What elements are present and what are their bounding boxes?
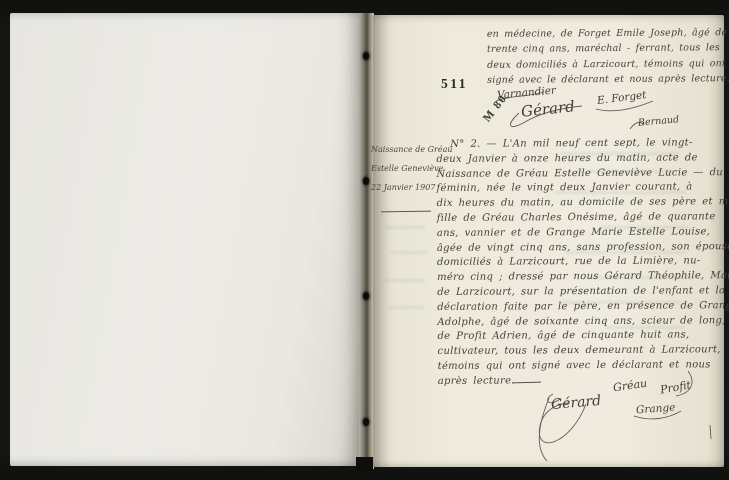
- act-line: N° 2. — L'An mil neuf cent sept, le ving…: [436, 136, 729, 153]
- continuation-line: en médecine, de Forget Emile Joseph, âgé…: [487, 25, 729, 42]
- act-line: déclaration faite par le père, en présen…: [437, 299, 729, 316]
- binding-hole: [363, 418, 369, 426]
- binding-hole: [363, 292, 369, 300]
- binding-hole: [363, 177, 369, 185]
- binding-hole: [363, 52, 369, 60]
- continuation-line: trente cinq ans, maréchal - ferrant, tou…: [487, 40, 729, 57]
- page-number: 511: [441, 76, 468, 92]
- left-page-blank: [10, 13, 362, 466]
- bleedthrough-mark: [383, 279, 425, 282]
- bleedthrough-mark: [388, 306, 424, 309]
- act-line: de Larzicourt, sur la présentation de l'…: [437, 284, 729, 301]
- act-line: méro cinq ; dressé par nous Gérard Théop…: [437, 269, 729, 286]
- continuation-line: deux domiciliés à Larzicourt, témoins qu…: [487, 56, 729, 73]
- binding-notch: [356, 457, 373, 471]
- act-line: témoins qui ont signé avec le déclarant …: [438, 358, 729, 375]
- bleedthrough-mark: [390, 251, 428, 254]
- book-binding: [359, 13, 374, 469]
- birth-act-text: N° 2. — L'An mil neuf cent sept, le ving…: [436, 136, 729, 389]
- continuation-line: signé avec le déclarant et nous après le…: [487, 71, 729, 88]
- bleedthrough-mark: [385, 226, 425, 229]
- act-line: deux Janvier à onze heures du matin, act…: [436, 151, 729, 168]
- act-line: cultivateur, tous les deux demeurant à L…: [438, 343, 729, 360]
- act-line: fille de Gréau Charles Onésime, âgé de q…: [437, 210, 729, 227]
- previous-act-continuation: en médecine, de Forget Emile Joseph, âgé…: [487, 25, 729, 88]
- register-scan: 511 M 80 en médecine, de Forget Emile Jo…: [0, 0, 729, 480]
- act-line: ans, vannier et de Grange Marie Estelle …: [437, 225, 729, 242]
